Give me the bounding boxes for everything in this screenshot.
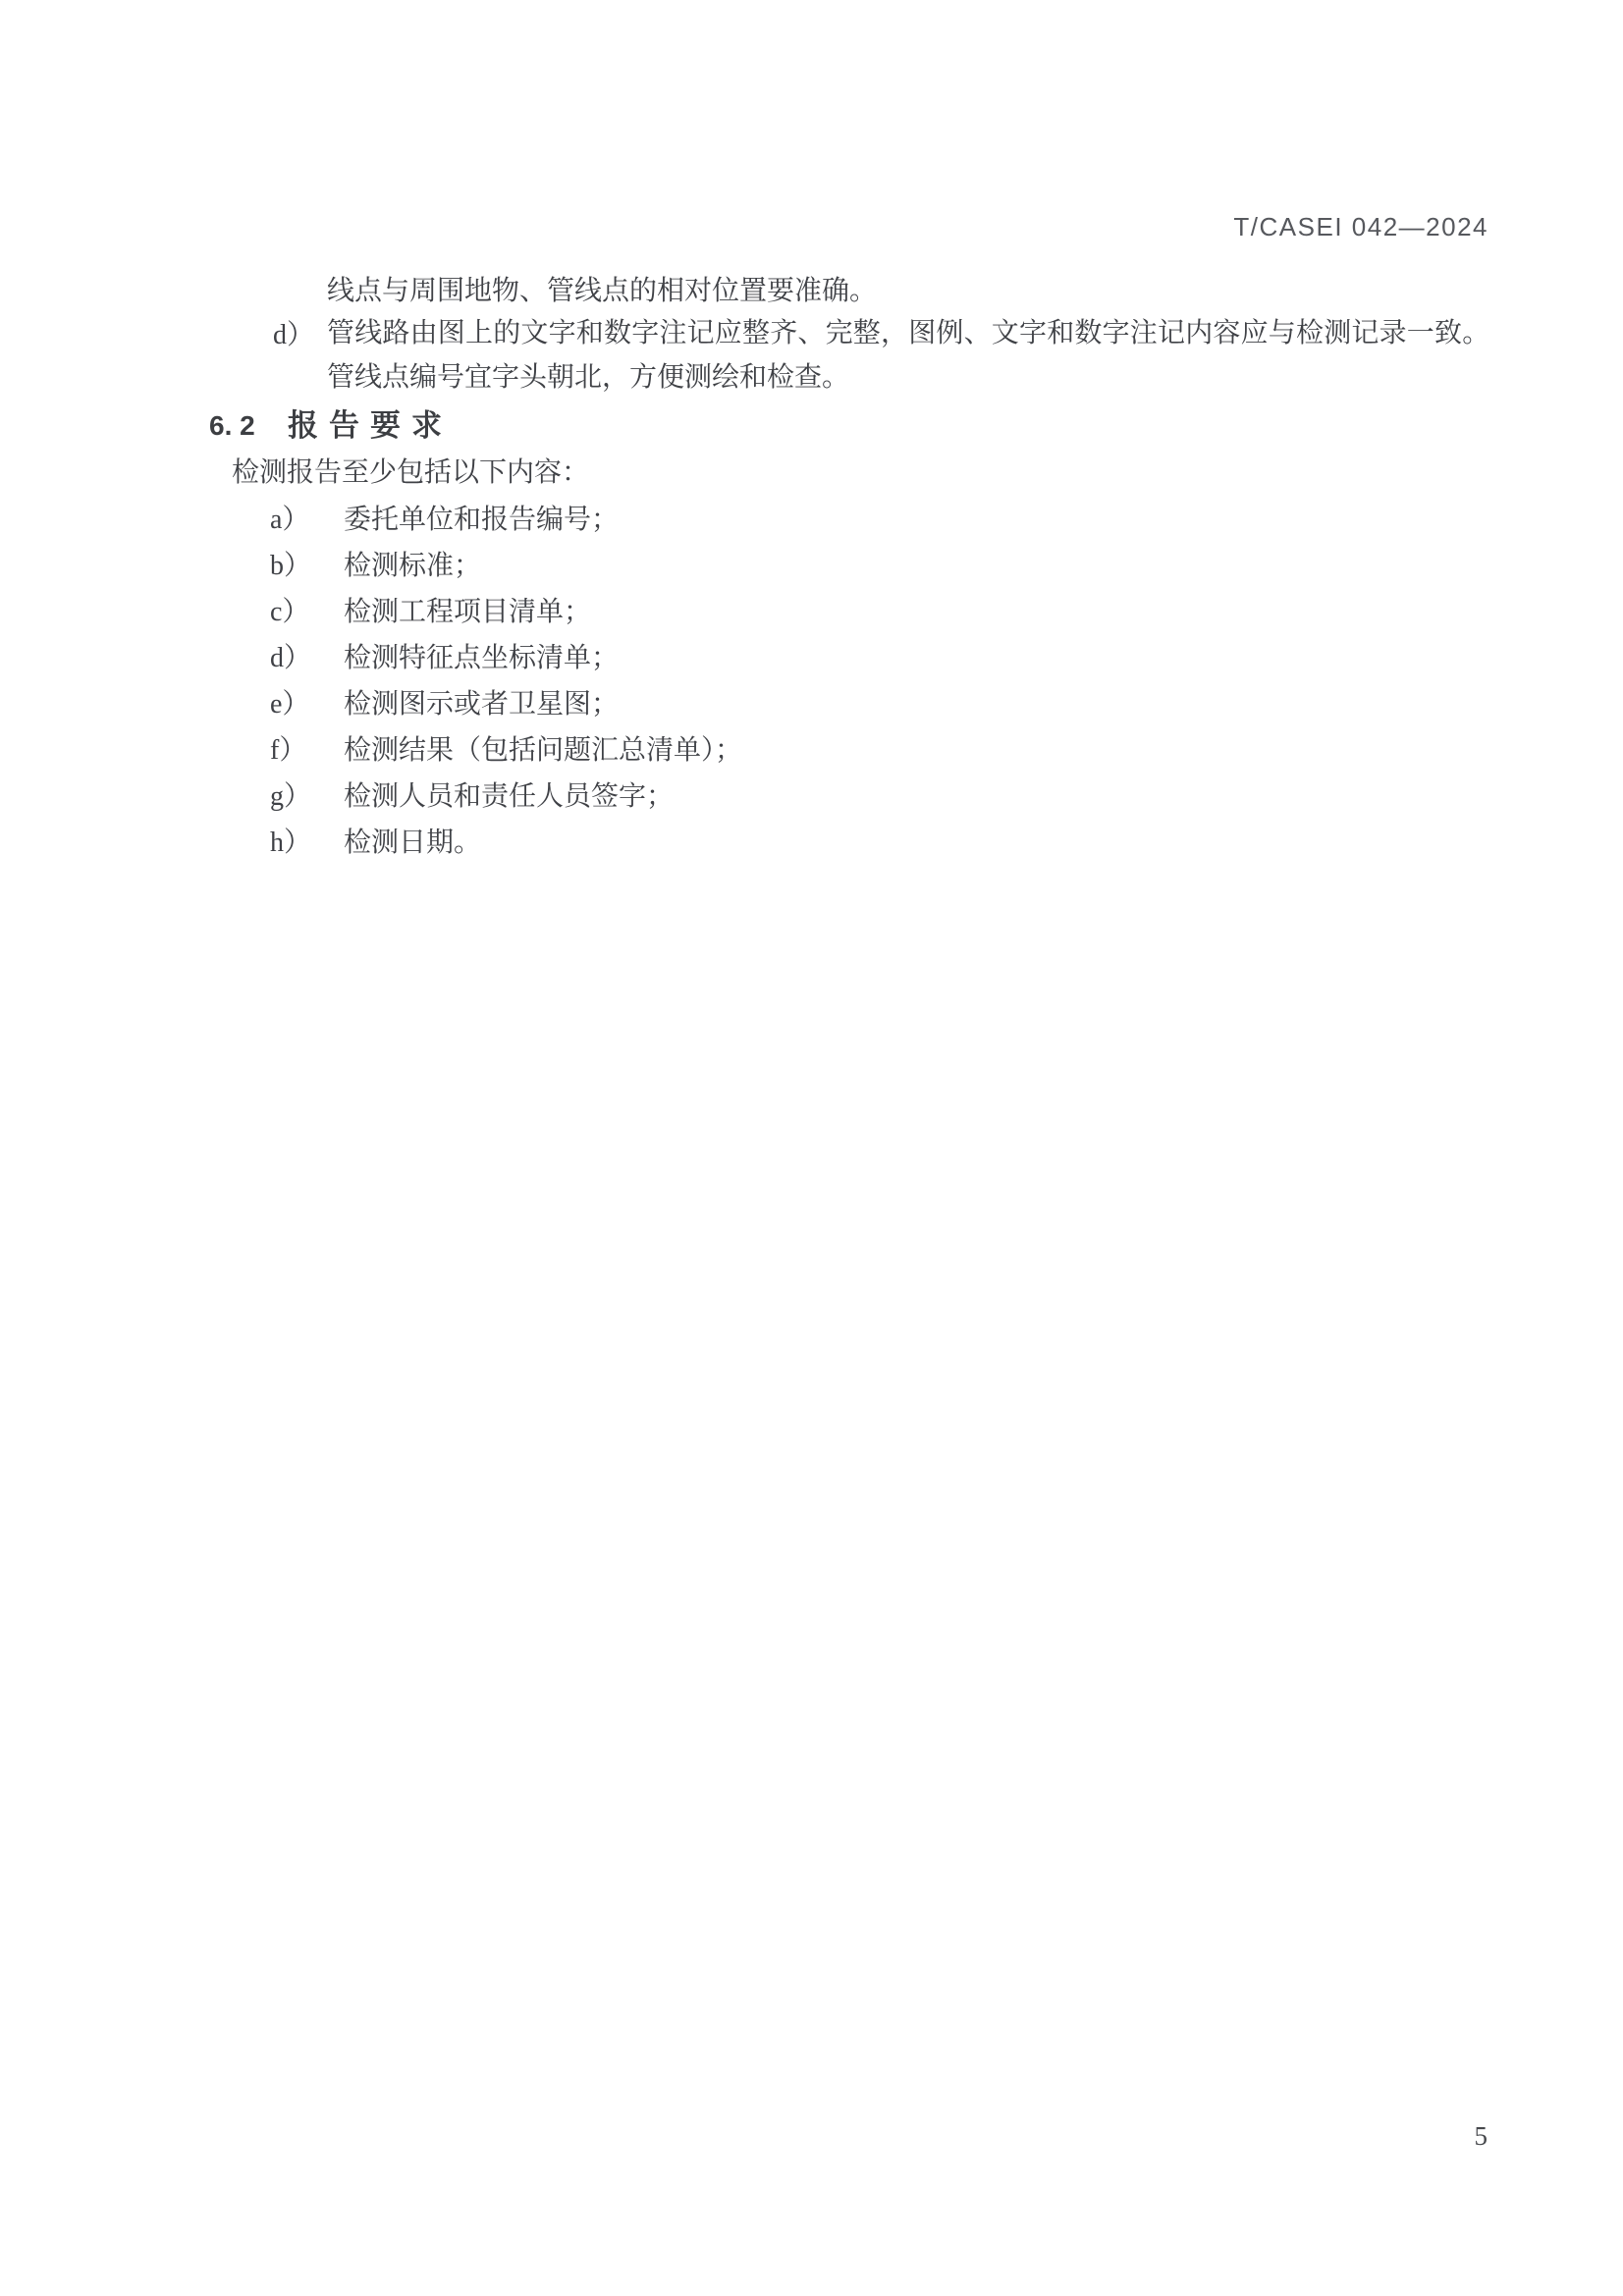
clause-d-label: d） — [273, 322, 314, 349]
report-item-g-label: g） — [270, 783, 311, 811]
report-item-f-text: 检测结果（包括问题汇总清单）； — [344, 737, 742, 765]
report-item-c-label: c） — [270, 599, 309, 626]
section-title: 报告要求 — [288, 410, 453, 441]
report-item-b-label: b） — [270, 553, 311, 580]
report-item-d-label: d） — [270, 645, 311, 672]
report-item-h-label: h） — [270, 829, 311, 857]
report-intro-text: 检测报告至少包括以下内容： — [232, 459, 589, 487]
report-item-d-text: 检测特征点坐标清单； — [344, 645, 619, 672]
section-number: 6. 2 — [209, 412, 255, 440]
report-item-f-label: f） — [270, 737, 306, 765]
report-item-e-text: 检测图示或者卫星图； — [344, 691, 619, 719]
report-item-c-text: 检测工程项目清单； — [344, 599, 591, 626]
report-item-b-text: 检测标准； — [344, 553, 481, 580]
report-item-e-label: e） — [270, 691, 309, 719]
running-header: T/CASEI 042—2024 — [1233, 214, 1488, 240]
report-item-a-text: 委托单位和报告编号； — [344, 507, 619, 534]
report-item-g-text: 检测人员和责任人员签字； — [344, 783, 674, 811]
report-item-a-label: a） — [270, 507, 309, 534]
continuation-text: 线点与周围地物、管线点的相对位置要准确。 — [327, 278, 877, 305]
clause-d-text-line2: 管线点编号宜字头朝北，方便测绘和检查。 — [327, 364, 849, 392]
clause-d-text-line1: 管线路由图上的文字和数字注记应整齐、完整，图例、文字和数字注记内容应与检测记录一… — [327, 320, 1489, 347]
page-number: 5 — [1475, 2123, 1488, 2150]
document-page: T/CASEI 042—2024 线点与周围地物、管线点的相对位置要准确。 d）… — [0, 0, 1623, 2296]
report-item-h-text: 检测日期。 — [344, 829, 481, 857]
